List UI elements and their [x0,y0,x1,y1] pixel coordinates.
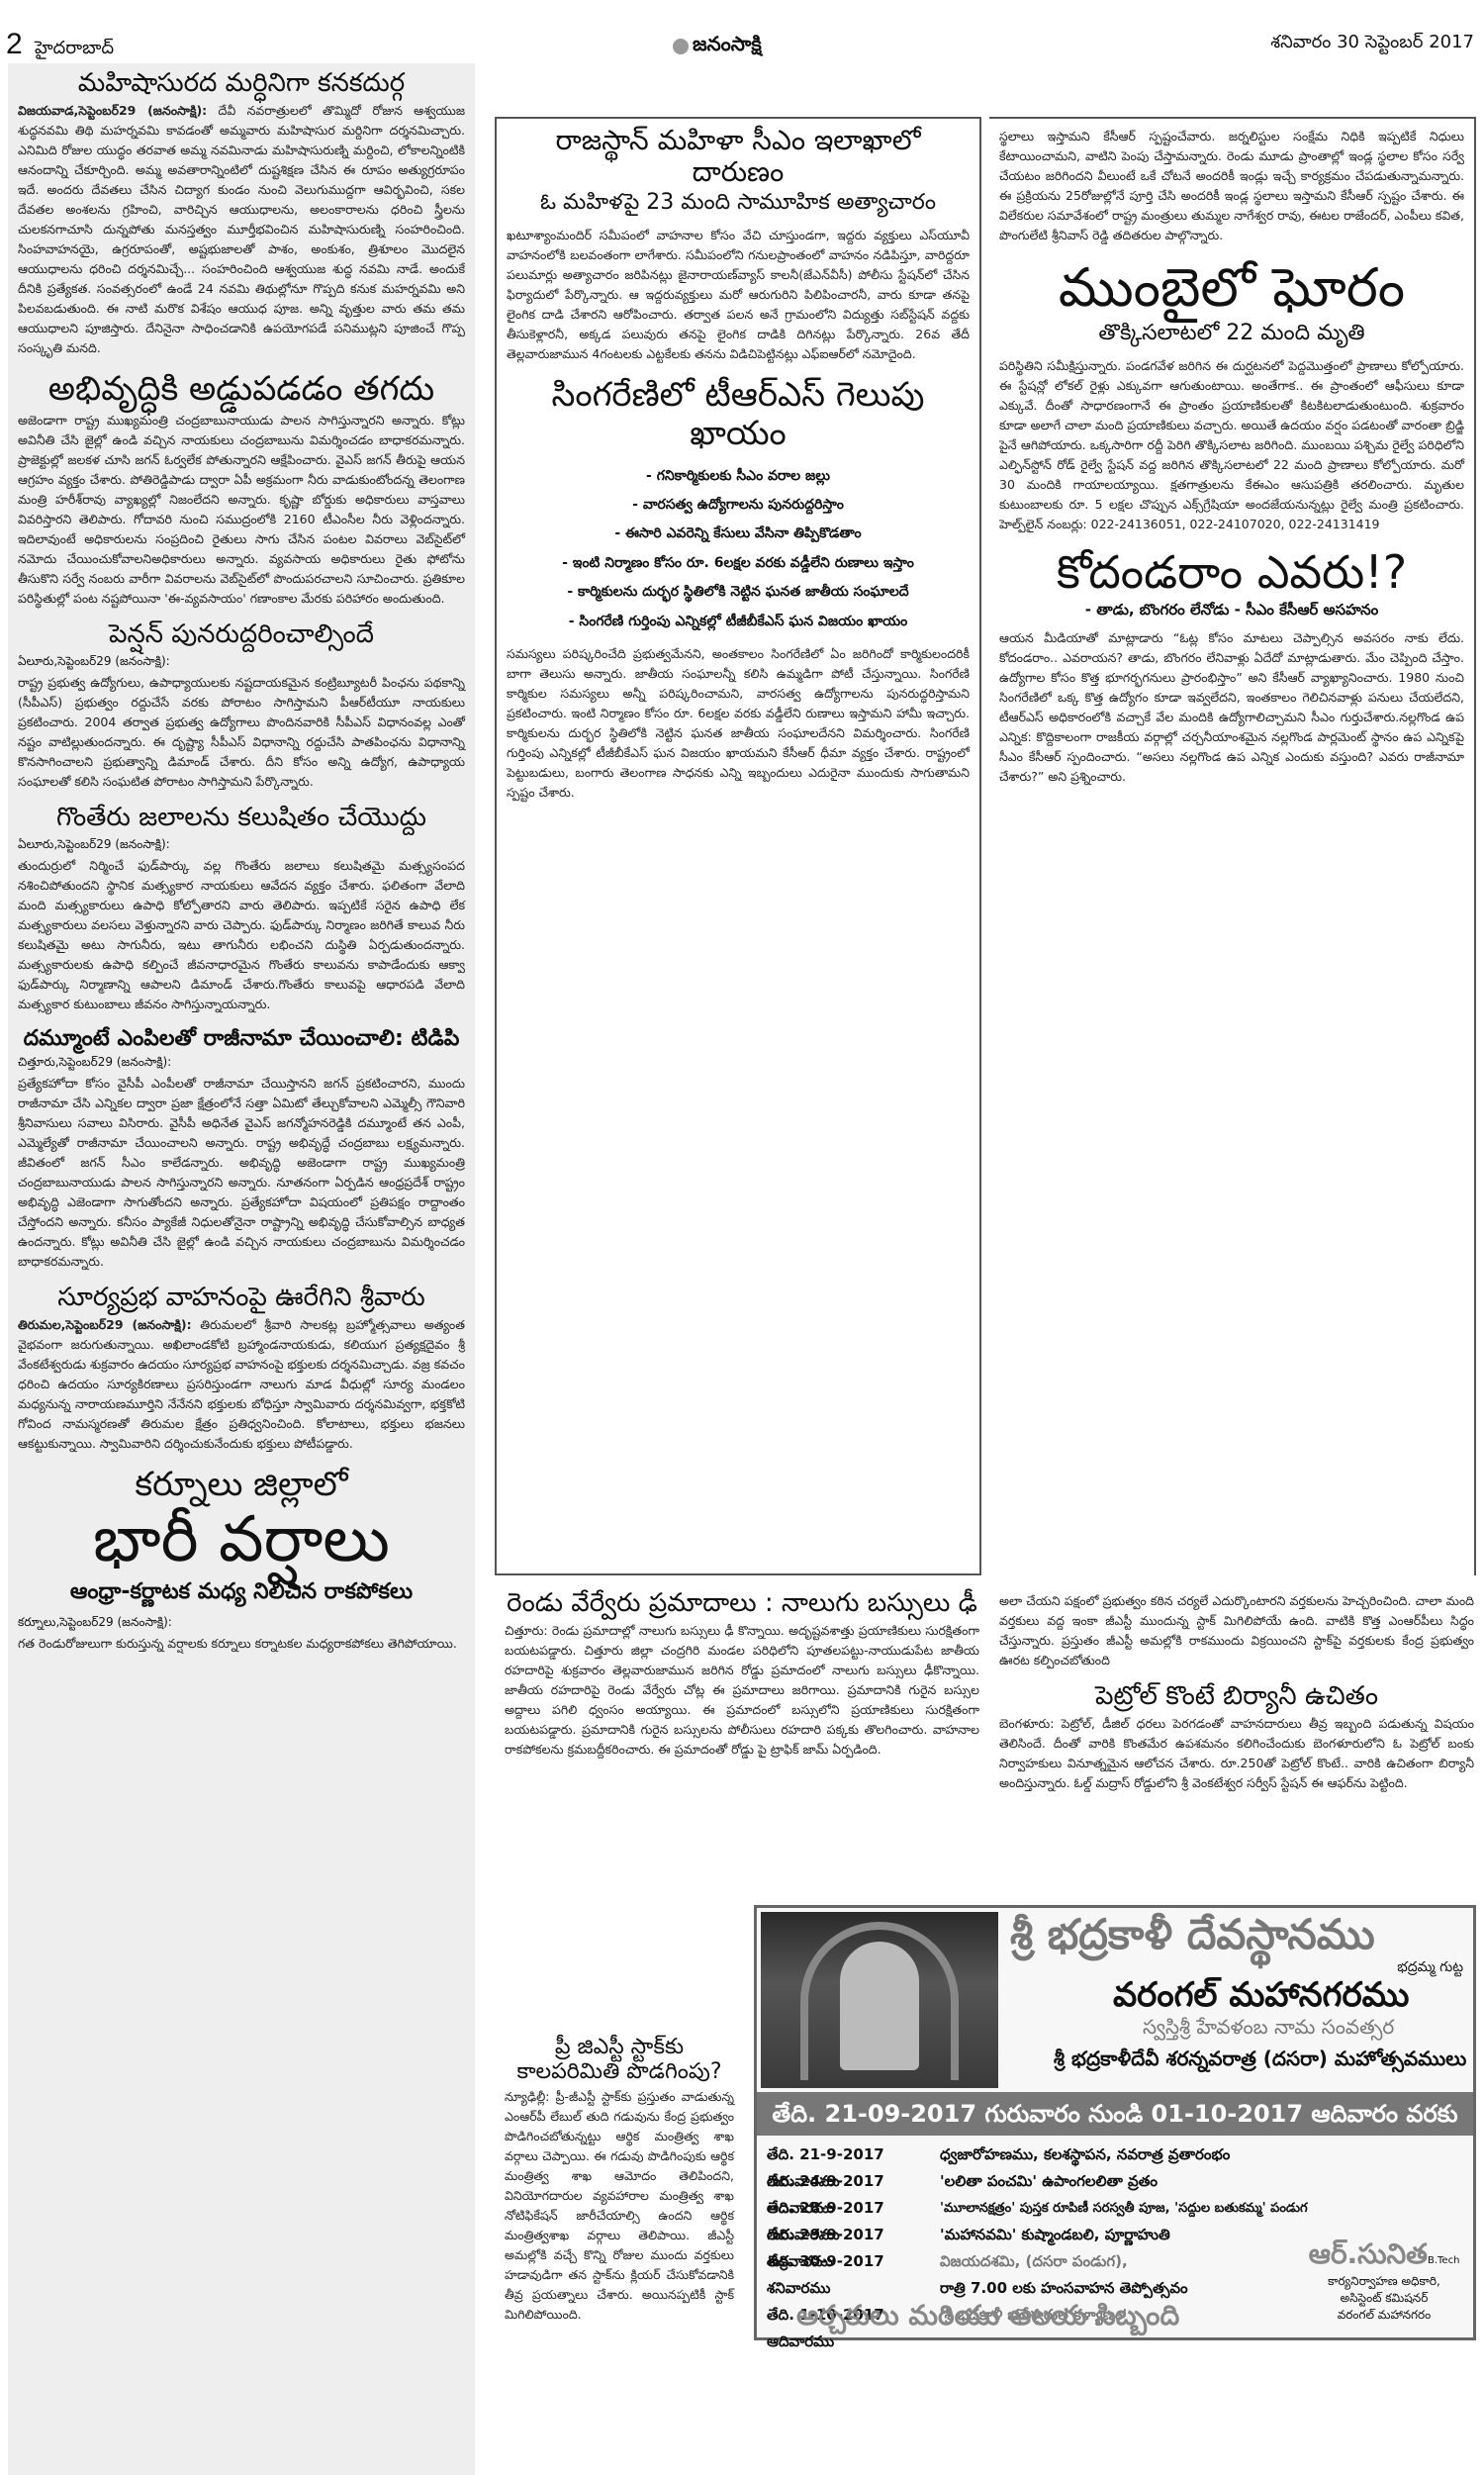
article-body: విజయవాడ,సెప్టెంబర్29 (జనంసాక్షి): దేవీ న… [18,101,465,358]
article-pension: పెన్షన్ పునరుద్దరించాల్సిందే ఏలూరు,సెప్ట… [8,615,475,798]
ad-footer: అర్చకులు మరియు ఆలయ సిబ్బంది [796,2299,1179,2338]
subheadline: - తాడు, బొంగరం లేనోడు - సీఎం కేసీఆర్ అసహ… [999,601,1464,622]
newspaper-logo: జనంసాక్షి [673,32,762,60]
article-body: రాష్ట్ర ప్రభుత్వ ఉద్యోగులు, ఉపాధ్యాయులకు… [18,673,465,792]
signatory-name: ఆర్.సునిత [1309,2237,1428,2270]
ad-year-line: స్వస్తిశ్రీ హేవళంబ నామ సంవత్సర [1143,2015,1394,2044]
headline: అభివృద్ధికి అడ్డుపడడం తగదు [18,370,465,409]
ad-festival: శ్రీ భద్రకాళీదేవీ శరన్నవరాత్ర (దసరా) మహో… [1054,2047,1466,2075]
article-rajasthan: రాజస్థాన్ మహిళా సీఎం ఇలాఖాలో దారుణం ఓ మహ… [497,119,979,370]
newspaper-name: జనంసాక్షి [693,32,762,60]
ad-date-banner: తేది. 21-09-2017 గురువారం నుండి 01-10-20… [757,2092,1473,2136]
article-suryaprabha: సూర్యప్రభ వాహనంపై ఊరేగిని శ్రీవారు తిరుమ… [8,1278,475,1460]
signatory-designation: కార్యనిర్వాహణ అధికారి, [1305,2273,1463,2290]
article-continuation: స్థలాలు ఇస్తామని కేసీఆర్ స్పష్టంచేవారు. … [989,119,1474,251]
headline: రాజస్థాన్ మహిళా సీఎం ఇలాఖాలో దారుణం [507,125,970,188]
article-petrol-biryani: పెట్రోల్ కొంటే బిర్యానీ ఉచితం బెంగళూరు: … [989,1676,1484,1799]
headline: గొంతేరు జలాలను కలుషితం చేయొద్దు [18,804,465,833]
page-folio: 2 హైదరాబాద్ [6,30,114,63]
headline: సింగరేణిలో టీఆర్ఎస్ గెలుపు ఖాయం [507,376,970,453]
article-body: స్థలాలు ఇస్తామని కేసీఆర్ స్పష్టంచేవారు. … [999,127,1464,245]
middle-boxed-column: రాజస్థాన్ మహిళా సీఎం ఇలాఖాలో దారుణం ఓ మహ… [495,117,981,1575]
article-gst-continuation: అలా చేయని పక్షంలో ప్రభుత్వం కఠిన చర్యలే … [989,1583,1484,1676]
schedule-date: తేది. 24-9-2017 ఆదివారము [767,2168,940,2195]
article-tdp: దమ్మూంటే ఎంపిలతో రాజీనామా చేయించాలి: టిడ… [8,1020,475,1278]
article-body: చిత్తూరు: రెండు ప్రమాదాల్లో నాలుగు బస్సు… [505,1621,979,1760]
article-singareni: సింగరేణిలో టీఆర్ఎస్ గెలుపు ఖాయం - గనికార… [497,370,979,809]
article-gst: ప్రీ జిఎస్టీ స్టాక్‌కు కాలపరిమితి పొడగిం… [495,2029,744,2331]
gst-article: ప్రీ జిఎస్టీ స్టాక్‌కు కాలపరిమితి పొడగిం… [495,2029,744,2474]
article-body: తిరుమల,సెప్టెంబర్29 (జనంసాక్షి): తిరుమలల… [18,1315,465,1454]
schedule-row: తేది. 21-9-2017 గురువారము ధ్వజారోహణము, క… [767,2142,1459,2168]
signatory-designation: వరంగల్ మహానగరం [1305,2307,1463,2324]
article-body: ఖటూశ్యాంమందిర్ సమీపంలో వాహనాల కోసం వేచి … [507,226,970,364]
article-development: అభివృద్ధికి అడ్డుపడడం తగదు అజెండాగా రాష్… [8,364,475,615]
article-body: బెంగళూరు: పెట్రోల్, డీజిల్ ధరలు పెరగడంతో… [999,1714,1474,1793]
temple-advertisement: శ్రీ భద్రకాళీ దేవస్థానము భద్రమ్మ గుట్ట వ… [754,1905,1476,2340]
schedule-row: తేది. 24-9-2017 ఆదివారము 'లలితా పంచమి' ఉ… [767,2168,1459,2195]
deity-idol-icon [840,1942,919,2070]
publication-date: శనివారం 30 సెప్టెంబర్ 2017 [1270,32,1474,56]
masthead: 2 హైదరాబాద్ జనంసాక్షి శనివారం 30 సెప్టెం… [0,0,1484,59]
headline: సూర్యప్రభ వాహనంపై ఊరేగిని శ్రీవారు [18,1284,465,1313]
highlight-item: - ఇంటి నిర్మాణం కోసం రూ. 6లక్షల వరకు వడ్… [507,549,970,578]
dateline: ఏలూరు,సెప్టెంబర్29 (జనంసాక్షి): [18,654,465,671]
ad-title: శ్రీ భద్రకాళీ దేవస్థానము [1010,1910,1375,1969]
article-kodandaram: కోదండరాం ఎవరు!? - తాడు, బొంగరం లేనోడు - … [989,540,1474,793]
headline-line1: ప్రీ జిఎస్టీ స్టాక్‌కు [505,2035,734,2059]
headline: పెన్షన్ పునరుద్దరించాల్సిందే [18,620,465,650]
highlight-item: - ఈసారి ఎవరెన్ని కేసులు వేసినా తిప్పికొడ… [507,520,970,548]
headline-line1: కర్నూలు జిల్లాలో [18,1466,465,1504]
left-column: మహిషాసురద మర్ధినిగా కనకదుర్గ విజయవాడ,సెప… [8,63,475,2475]
dateline: ఏలూరు,సెప్టెంబర్29 (జనంసాక్షి): [18,837,465,854]
article-body: అజెండాగా రాష్ట్ర ముఖ్యమంత్రి చంద్రబాబునా… [18,411,465,609]
headline: రెండు వేర్వేరు ప్రమాదాలు : నాలుగు బస్సుల… [505,1589,979,1619]
article-gontheru: గొంతేరు జలాలను కలుషితం చేయొద్దు ఏలూరు,సె… [8,798,475,1020]
schedule-date: తేది. 29-9-2017 శుక్రవారము [767,2222,940,2248]
dateline: కర్నూలు,సెప్టెంబర్29 (జనంసాక్షి): [18,1615,465,1632]
dateline: విజయవాడ,సెప్టెంబర్29 (జనంసాక్షి): [18,103,207,118]
headline-line2: కాలపరిమితి పొడగింపు? [505,2059,734,2084]
highlight-item: - కార్మికులను దుర్భర స్థితిలోకి నెట్టిన … [507,578,970,607]
article-body: పరిస్థితిని సమీక్షిస్తున్నారు. పండగవేళ జ… [999,356,1464,534]
subheadline: తొక్కిసలాటలో 22 మంది మృతి [999,321,1464,350]
deity-photo [761,1912,998,2088]
article-bus-accidents: రెండు వేర్వేరు ప్రమాదాలు : నాలుగు బస్సుల… [495,1583,989,1765]
schedule-date: తేది. 21-9-2017 గురువారము [767,2142,940,2168]
schedule-date: తేది. 28-9-2017 గురువారము [767,2195,940,2222]
article-body: న్యూఢిల్లీ: ప్రీ-జీఎస్టీ స్టాక్‌కు ప్రస్… [505,2087,734,2325]
schedule-event: ధ్వజారోహణము, కలశస్థాపన, నవరాత్ర వ్రతారంభ… [940,2142,1459,2168]
article-body: గత రెండురోజులుగా కురుస్తున్న వర్షాలకు కర… [18,1634,465,1654]
article-mumbai: ముంబైలో ఘోరం తొక్కిసలాటలో 22 మంది మృతి ప… [989,251,1474,540]
highlight-item: - సింగరేణి గుర్తింపు ఎన్నికల్లో టీజీబీకే… [507,608,970,636]
article-kurnool-rains: కర్నూలు జిల్లాలో భారీ వర్షాలు ఆంధ్రా-కర్… [8,1460,475,1660]
right-bottom-column: అలా చేయని పక్షంలో ప్రభుత్వం కఠిన చర్యలే … [989,1583,1484,1910]
headline: కోదండరాం ఎవరు!? [999,546,1464,599]
headline: పెట్రోల్ కొంటే బిర్యానీ ఉచితం [999,1682,1474,1712]
headline: ముంబైలో ఘోరం [999,257,1464,319]
highlight-item: - గనికార్మికులకు సీఎం వరాల జల్లు [507,462,970,491]
headline: దమ్మూంటే ఎంపిలతో రాజీనామా చేయించాలి: టిడ… [18,1026,465,1051]
signatory-degree: B.Tech [1428,2255,1459,2266]
article-body: తుందుర్రులో నిర్మించే ఫుడ్‌పార్కు వల్ల గ… [18,856,465,1014]
subheadline: ఓ మహిళపై 23 మంది సామూహిక అత్యాచారం [507,190,970,220]
signatory-designation: అసిస్టెంట్ కమిషనర్ [1305,2290,1463,2307]
article-body: సమస్యలు పరిష్కరించేది ప్రభుత్వమేనని, అంత… [507,644,970,803]
schedule-row: తేది. 28-9-2017 గురువారము 'మూలానక్షత్రం'… [767,2195,1459,2222]
logo-emblem-icon [673,39,689,54]
ad-signatory: ఆర్.సునితB.Tech కార్యనిర్వాహణ అధికారి, అ… [1305,2235,1463,2324]
article-body: అలా చేయని పక్షంలో ప్రభుత్వం కఠిన చర్యలే … [999,1591,1474,1670]
dateline: చిత్తూరు,సెప్టెంబర్29 (జనంసాక్షి): [18,1055,465,1072]
schedule-date [767,2275,940,2302]
edition-city: హైదరాబాద్ [35,38,114,58]
article-body: ఆయన మీడియాతో మాట్లాడారు “ఓట్ల కోసం మాటలు… [999,628,1464,787]
dateline: తిరుమల,సెప్టెంబర్29 (జనంసాక్షి): [18,1317,192,1332]
page-number: 2 [6,28,23,60]
headline-line2: భారీ వర్షాలు [18,1504,465,1577]
schedule-event: 'మూలానక్షత్రం' పుస్తక రూపిణీ సరస్వతీ పూజ… [940,2195,1459,2222]
article-kanakadurga: మహిషాసురద మర్ధినిగా కనకదుర్గ విజయవాడ,సెప… [8,63,475,364]
highlight-item: - వారసత్వ ఉద్యోగాలను పునరుద్దరిస్తాం [507,491,970,520]
article-body: ప్రత్యేకహోదా కోసం వైసీపీ ఎంపీలతో రాజీనామ… [18,1074,465,1272]
headline: మహిషాసురద మర్ధినిగా కనకదుర్గ [18,69,465,99]
right-top-column: స్థలాలు ఇస్తామని కేసీఆర్ స్పష్టంచేవారు. … [989,117,1476,1575]
subheadline: ఆంధ్రా-కర్ణాటక మధ్య నిలిచిన రాకపోకలు [18,1579,465,1609]
highlights-list: - గనికార్మికులకు సీఎం వరాల జల్లు - వారసత… [507,462,970,636]
schedule-event: 'లలితా పంచమి' ఉపాంగలలితా వ్రతం [940,2168,1459,2195]
schedule-date: తేది. 30-9-2017 శనివారము [767,2248,940,2275]
